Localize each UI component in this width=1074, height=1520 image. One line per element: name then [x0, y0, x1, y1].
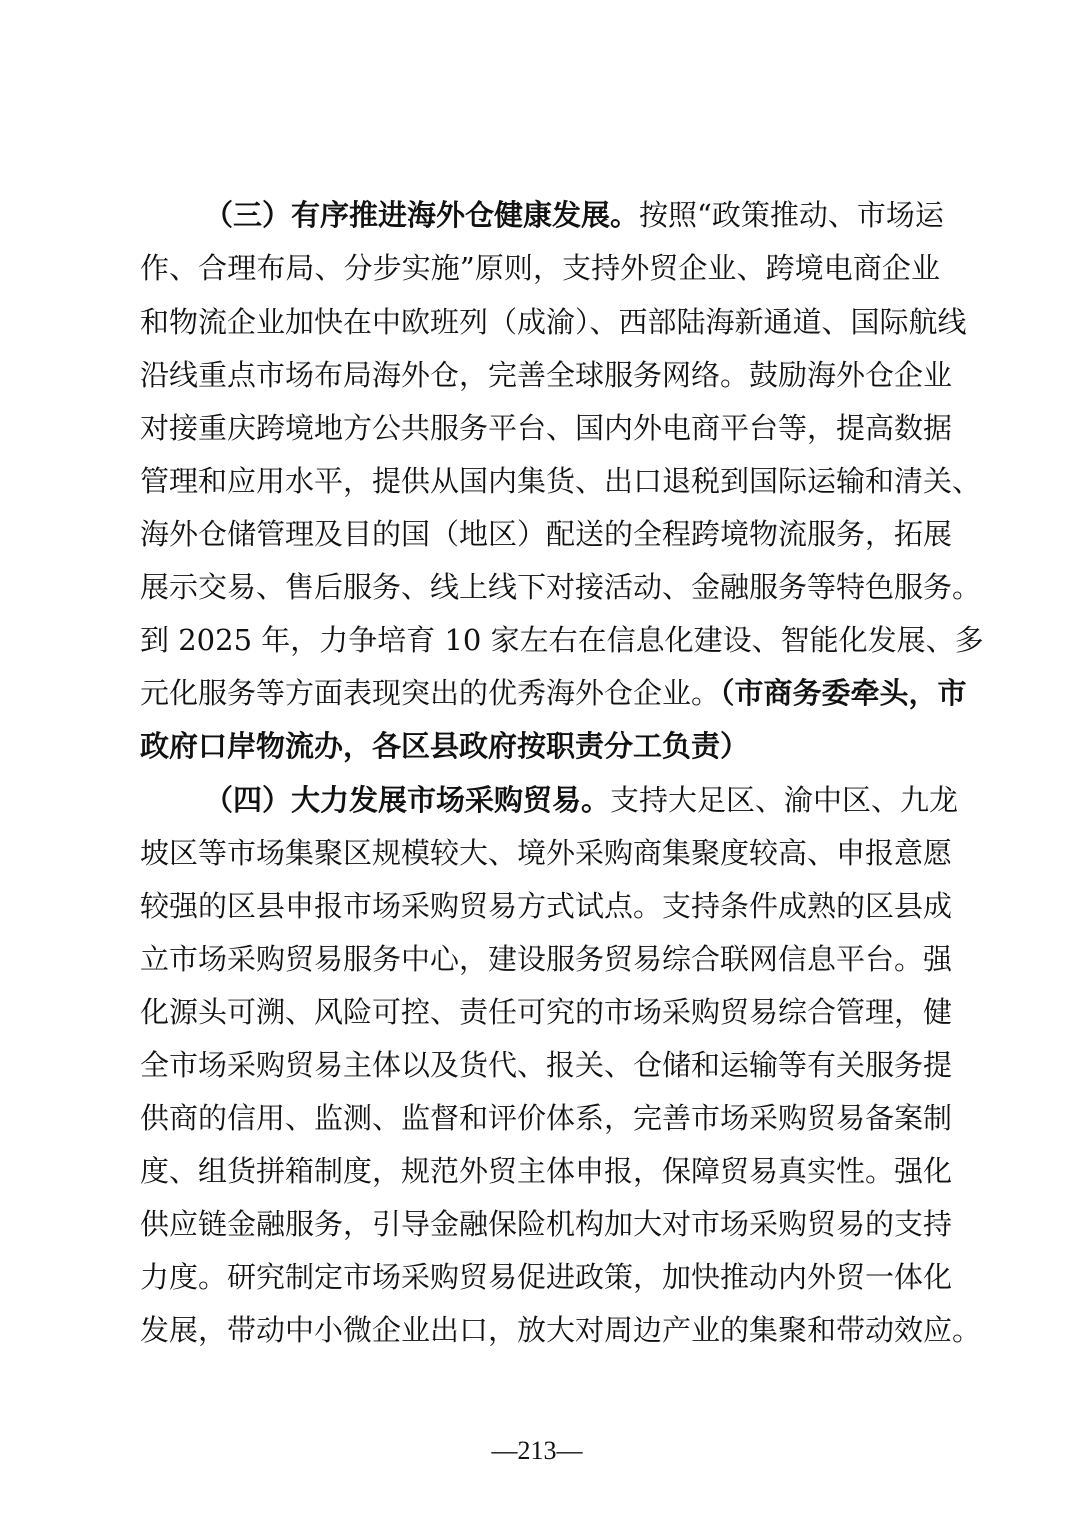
- text-line: 到 2025 年，力争培育 10 家左右在信息化建设、智能化发展、多: [140, 620, 940, 660]
- text-line: 化源头可溯、风险可控、责任可究的市场采购贸易综合管理，健: [140, 992, 940, 1032]
- responsible-departments: （市商务委牵头，市: [720, 676, 967, 710]
- text-line: 展示交易、售后服务、线上线下对接活动、金融服务等特色服务。: [140, 567, 940, 607]
- text-line: 立市场采购贸易服务中心，建设服务贸易综合联网信息平台。强: [140, 939, 940, 979]
- document-page: （三）有序推进海外仓健康发展。按照“政策推动、市场运 作、合理布局、分步实施”原…: [0, 0, 1074, 1520]
- text-line: 坡区等市场集聚区规模较大、境外采购商集聚度较高、申报意愿: [140, 833, 940, 873]
- text-line: 元化服务等方面表现突出的优秀海外仓企业。（市商务委牵头，市: [140, 673, 940, 713]
- text-line: 较强的区县申报市场采购贸易方式试点。支持条件成熟的区县成: [140, 886, 940, 926]
- text-line: 度、组货拼箱制度，规范外贸主体申报，保障贸易真实性。强化: [140, 1151, 940, 1191]
- section-heading: （四）大力发展市场采购贸易。: [204, 783, 610, 817]
- text-line: 供应链金融服务，引导金融保险机构加大对市场采购贸易的支持: [140, 1204, 940, 1244]
- text-line: 对接重庆跨境地方公共服务平台、国内外电商平台等，提高数据: [140, 408, 940, 448]
- text-line: （四）大力发展市场采购贸易。支持大足区、渝中区、九龙: [204, 780, 940, 820]
- text-line: 力度。研究制定市场采购贸易促进政策，加快推动内外贸一体化: [140, 1257, 940, 1297]
- text-line: 作、合理布局、分步实施”原则，支持外贸企业、跨境电商企业: [140, 248, 940, 288]
- text-line: 发展，带动中小微企业出口，放大对周边产业的集聚和带动效应。: [140, 1310, 940, 1350]
- text-line: 全市场采购贸易主体以及货代、报关、仓储和运输等有关服务提: [140, 1045, 940, 1085]
- text-line: 政府口岸物流办，各区县政府按职责分工负责）: [140, 726, 940, 766]
- text-line: 沿线重点市场布局海外仓，完善全球服务网络。鼓励海外仓企业: [140, 355, 940, 395]
- text-line: 和物流企业加快在中欧班列（成渝）、西部陆海新通道、国际航线: [140, 302, 940, 342]
- text-line: 管理和应用水平，提供从国内集货、出口退税到国际运输和清关、: [140, 461, 940, 501]
- page-number: —213—: [0, 1436, 1074, 1466]
- responsible-departments: 政府口岸物流办，各区县政府按职责分工负责）: [140, 729, 749, 763]
- text-line: 海外仓储管理及目的国（地区）配送的全程跨境物流服务，拓展: [140, 514, 940, 554]
- text-line: （三）有序推进海外仓健康发展。按照“政策推动、市场运: [204, 195, 940, 235]
- text-line: 供商的信用、监测、监督和评价体系，完善市场采购贸易备案制: [140, 1098, 940, 1138]
- section-heading: （三）有序推进海外仓健康发展。: [204, 198, 639, 232]
